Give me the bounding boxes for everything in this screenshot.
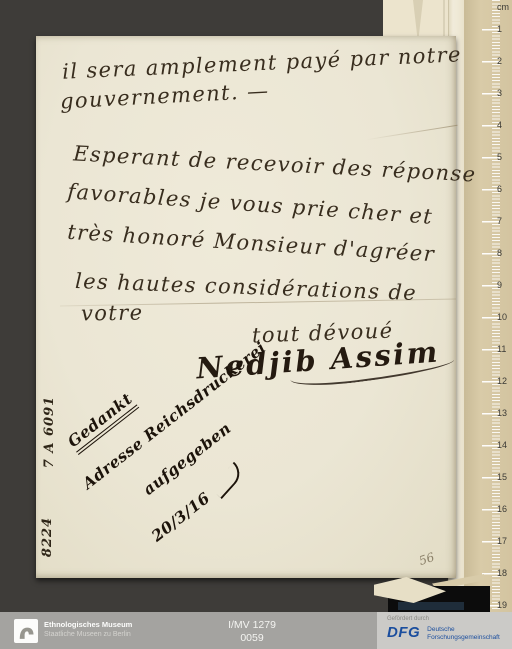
letter-page: il sera amplement payé par notregouverne… <box>36 36 456 578</box>
smb-wave-icon <box>16 622 36 642</box>
handwritten-line: très honoré Monsieur d'agréer <box>67 221 436 267</box>
handwritten-line: Esperant de recevoir des réponse <box>73 142 477 186</box>
ruler-label: 1 <box>497 25 512 34</box>
ruler-label: 12 <box>497 377 512 386</box>
ruler-label: 6 <box>497 185 512 194</box>
funding-label: Gefördert durch <box>387 616 429 622</box>
margin-reference-number: 7 A 6091 <box>43 390 57 474</box>
ruler-label: 7 <box>497 217 512 226</box>
handwritten-line: votre <box>81 301 144 325</box>
ruler-label: 18 <box>497 569 512 578</box>
handwritten-line: gouvernement. — <box>60 80 270 114</box>
ruler-label: 5 <box>497 153 512 162</box>
dfg-acronym: DFG <box>387 625 420 640</box>
ruler-label: 3 <box>497 89 512 98</box>
inventory-code-block: I/MV 1279 0059 <box>120 618 384 645</box>
museum-logo <box>14 619 38 643</box>
ruler-label: 15 <box>497 473 512 482</box>
margin-reference-number: 8224 <box>41 510 55 564</box>
handwritten-line: il sera amplement payé par notre <box>62 43 463 84</box>
ruler-label: 19 <box>497 601 512 610</box>
ruler-label: 4 <box>497 121 512 130</box>
handwritten-line: favorables je vous prie cher et <box>67 180 434 229</box>
ruler-label: 14 <box>497 441 512 450</box>
ruler-label: 13 <box>497 409 512 418</box>
pencil-page-number: 56 <box>418 551 436 567</box>
funder-box: Gefördert durch DFG Deutsche Forschungsg… <box>377 612 512 649</box>
ruler-label: 17 <box>497 537 512 546</box>
ruler-label: 16 <box>497 505 512 514</box>
dfg-full-name: Deutsche Forschungsgemeinschaft <box>427 626 500 641</box>
scan-page-number: 0059 <box>120 632 384 645</box>
paper-crease <box>366 125 457 140</box>
ruler-label: 9 <box>497 281 512 290</box>
scan-viewer: cm12345678910111213141516171819 il sera … <box>0 0 512 649</box>
inventory-number: I/MV 1279 <box>120 618 384 632</box>
ruler-label: 2 <box>497 57 512 66</box>
dfg-logo: DFG Deutsche Forschungsgemeinschaft <box>387 625 500 641</box>
ruler-label: 11 <box>497 345 512 354</box>
ruler-label: cm <box>497 3 512 12</box>
ruler-label: 8 <box>497 249 512 258</box>
ruler-card: cm12345678910111213141516171819 <box>464 0 512 612</box>
ruler-label: 10 <box>497 313 512 322</box>
digitization-footer-bar: Ethnologisches Museum Staatliche Museen … <box>0 612 512 649</box>
cradle-label <box>398 602 464 610</box>
page-fold-crease <box>413 0 423 36</box>
